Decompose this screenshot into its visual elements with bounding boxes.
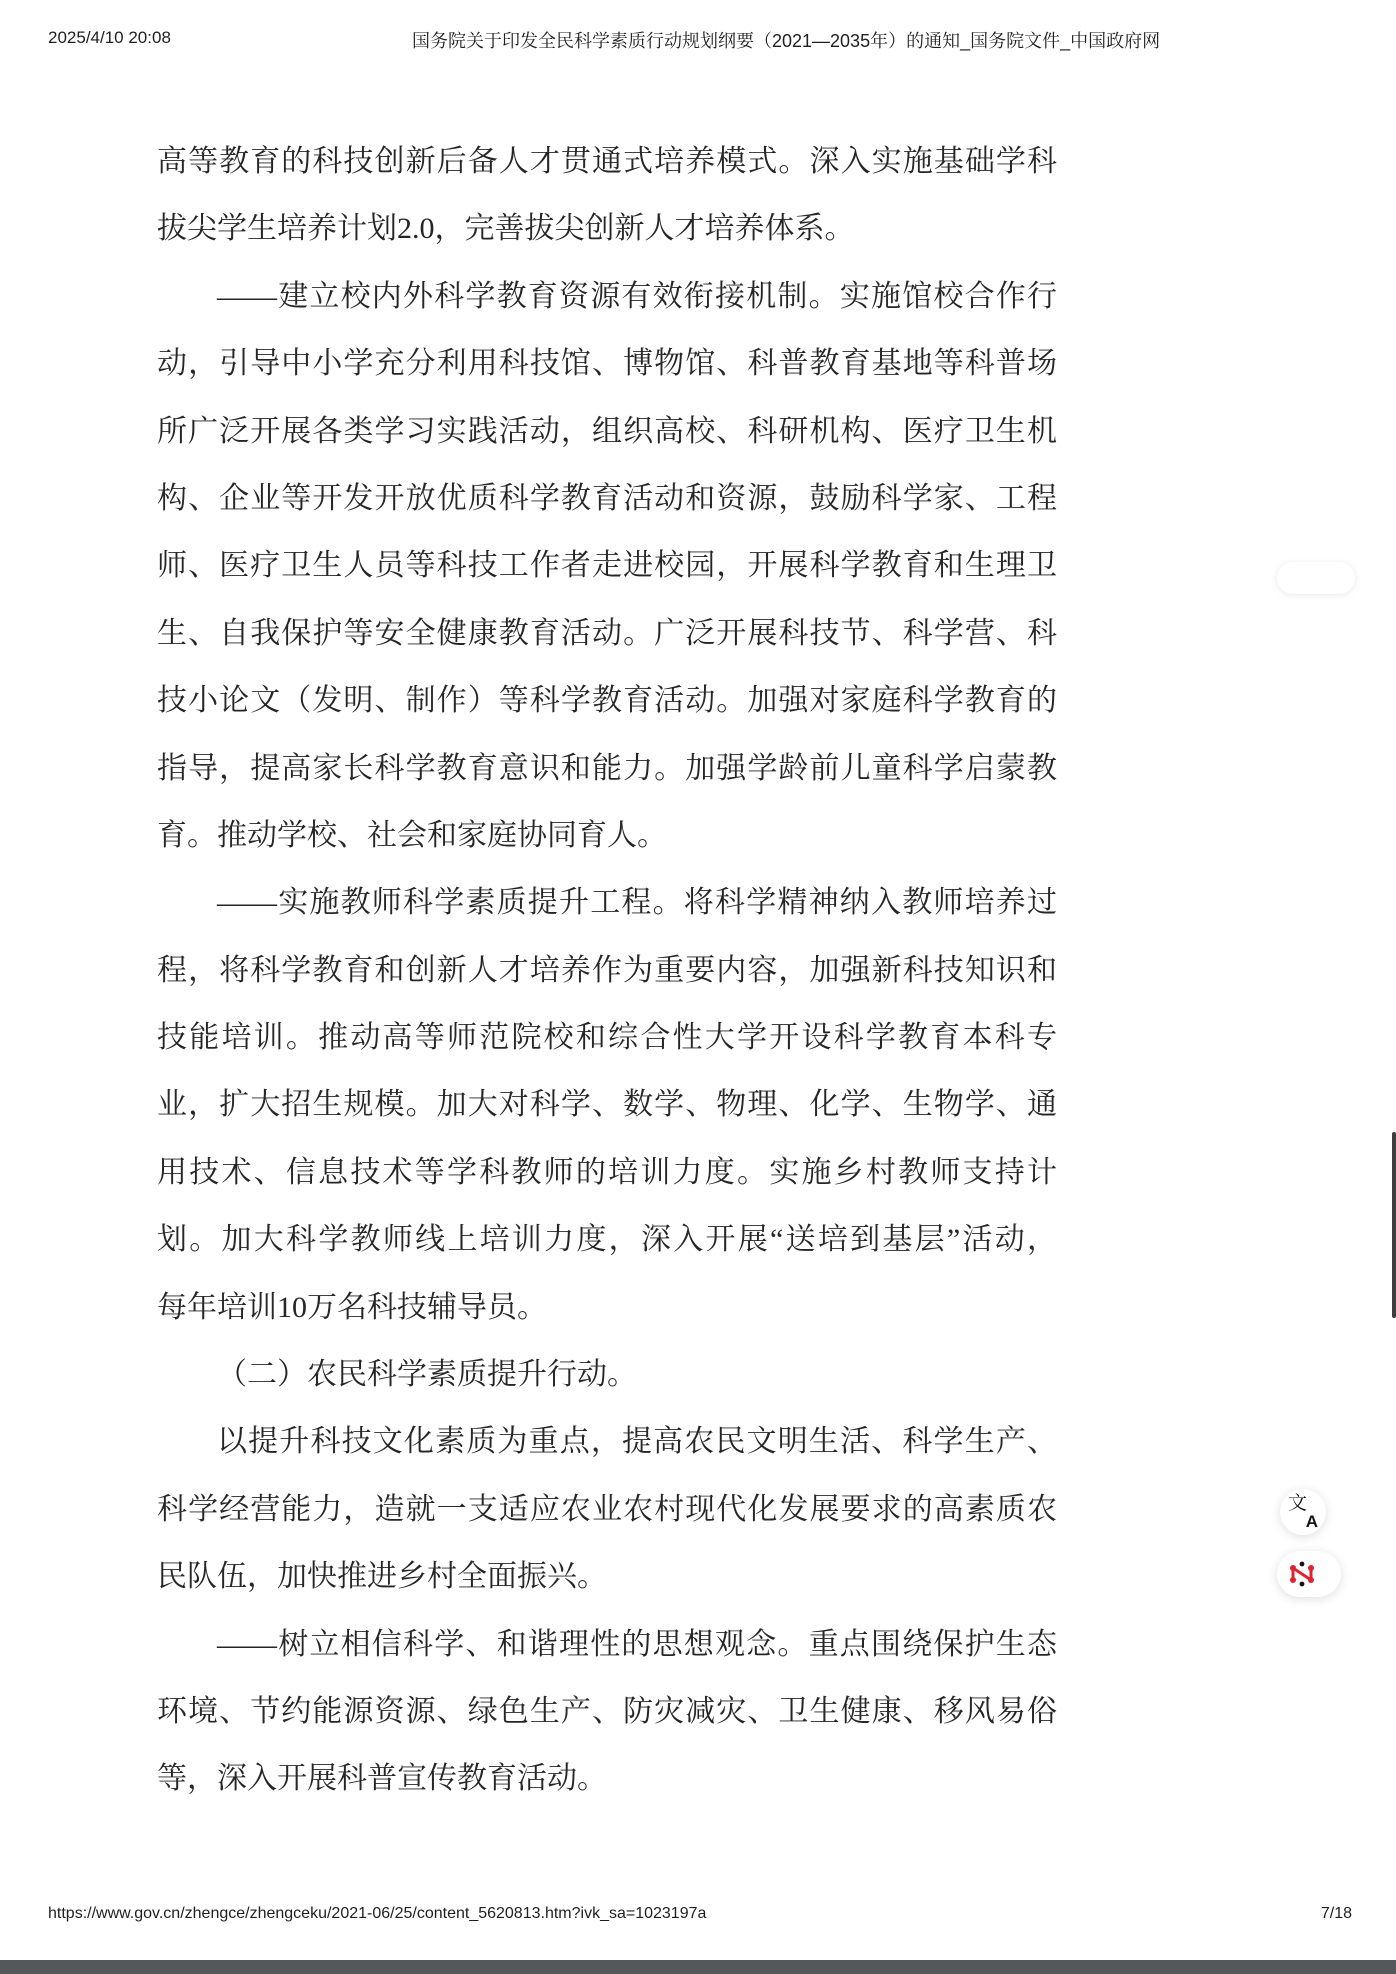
text-line: 环境、节约能源资源、绿色生产、防灾减灾、卫生健康、移风易俗	[157, 1678, 1057, 1745]
translate-icon-latin: A	[1306, 1513, 1318, 1531]
document-body: 高等教育的科技创新后备人才贯通式培养模式。深入实施基础学科拔尖学生培养计划2.0…	[157, 128, 1057, 1813]
text-line: 所广泛开展各类学习实践活动，组织高校、科研机构、医疗卫生机	[157, 398, 1057, 465]
translate-icon: 文	[1288, 1493, 1307, 1515]
text-line: 民队伍，加快推进乡村全面振兴。	[157, 1543, 1057, 1610]
text-line: ——实施教师科学素质提升工程。将科学精神纳入教师培养过	[157, 869, 1057, 936]
text-line: 构、企业等开发开放优质科学教育活动和资源，鼓励科学家、工程	[157, 465, 1057, 532]
text-line: 等，深入开展科普宣传教育活动。	[157, 1745, 1057, 1812]
text-line: ——建立校内外科学教育资源有效衔接机制。实施馆校合作行	[157, 263, 1057, 330]
text-line: 每年培训10万名科技辅导员。	[157, 1274, 1057, 1341]
print-page: 2025/4/10 20:08 国务院关于印发全民科学素质行动规划纲要（2021…	[0, 0, 1396, 1974]
text-line: 以提升科技文化素质为重点，提高农民文明生活、科学生产、	[157, 1408, 1057, 1475]
page-title: 国务院关于印发全民科学素质行动规划纲要（2021—2035年）的通知_国务院文件…	[412, 27, 1160, 53]
text-line: 技能培训。推动高等师范院校和综合性大学开设科学教育本科专	[157, 1004, 1057, 1071]
text-line: ——树立相信科学、和谐理性的思想观念。重点围绕保护生态	[157, 1611, 1057, 1678]
text-line: 技小论文（发明、制作）等科学教育活动。加强对家庭科学教育的	[157, 667, 1057, 734]
scrollbar-thumb[interactable]	[1392, 1132, 1396, 1318]
text-line: 育。推动学校、社会和家庭协同育人。	[157, 802, 1057, 869]
ai-network-icon	[1289, 1561, 1315, 1587]
text-line: 动，引导中小学充分利用科技馆、博物馆、科普教育基地等科普场	[157, 330, 1057, 397]
source-url: https://www.gov.cn/zhengce/zhengceku/202…	[48, 1905, 706, 1923]
text-line: 指导，提高家长科学教育意识和能力。加强学龄前儿童科学启蒙教	[157, 735, 1057, 802]
text-line: 高等教育的科技创新后备人才贯通式培养模式。深入实施基础学科	[157, 128, 1057, 195]
translate-button[interactable]: 文 A	[1280, 1489, 1326, 1535]
viewer-background-strip	[0, 1960, 1396, 1974]
text-line: 生、自我保护等安全健康教育活动。广泛开展科技节、科学营、科	[157, 600, 1057, 667]
text-line: 拔尖学生培养计划2.0，完善拔尖创新人才培养体系。	[157, 195, 1057, 262]
collapsed-floating-widget[interactable]	[1277, 562, 1355, 594]
text-line: 业，扩大招生规模。加大对科学、数学、物理、化学、生物学、通	[157, 1071, 1057, 1138]
ai-assistant-button[interactable]	[1277, 1551, 1341, 1597]
text-line: 科学经营能力，造就一支适应农业农村现代化发展要求的高素质农	[157, 1476, 1057, 1543]
text-line: 程，将科学教育和创新人才培养作为重要内容，加强新科技知识和	[157, 937, 1057, 1004]
print-datetime: 2025/4/10 20:08	[48, 28, 171, 48]
text-line: 用技术、信息技术等学科教师的培训力度。实施乡村教师支持计	[157, 1139, 1057, 1206]
text-line: （二）农民科学素质提升行动。	[157, 1341, 1057, 1408]
page-number: 7/18	[1321, 1905, 1352, 1923]
text-line: 划。加大科学教师线上培训力度，深入开展“送培到基层”活动，	[157, 1206, 1057, 1273]
text-line: 师、医疗卫生人员等科技工作者走进校园，开展科学教育和生理卫	[157, 532, 1057, 599]
